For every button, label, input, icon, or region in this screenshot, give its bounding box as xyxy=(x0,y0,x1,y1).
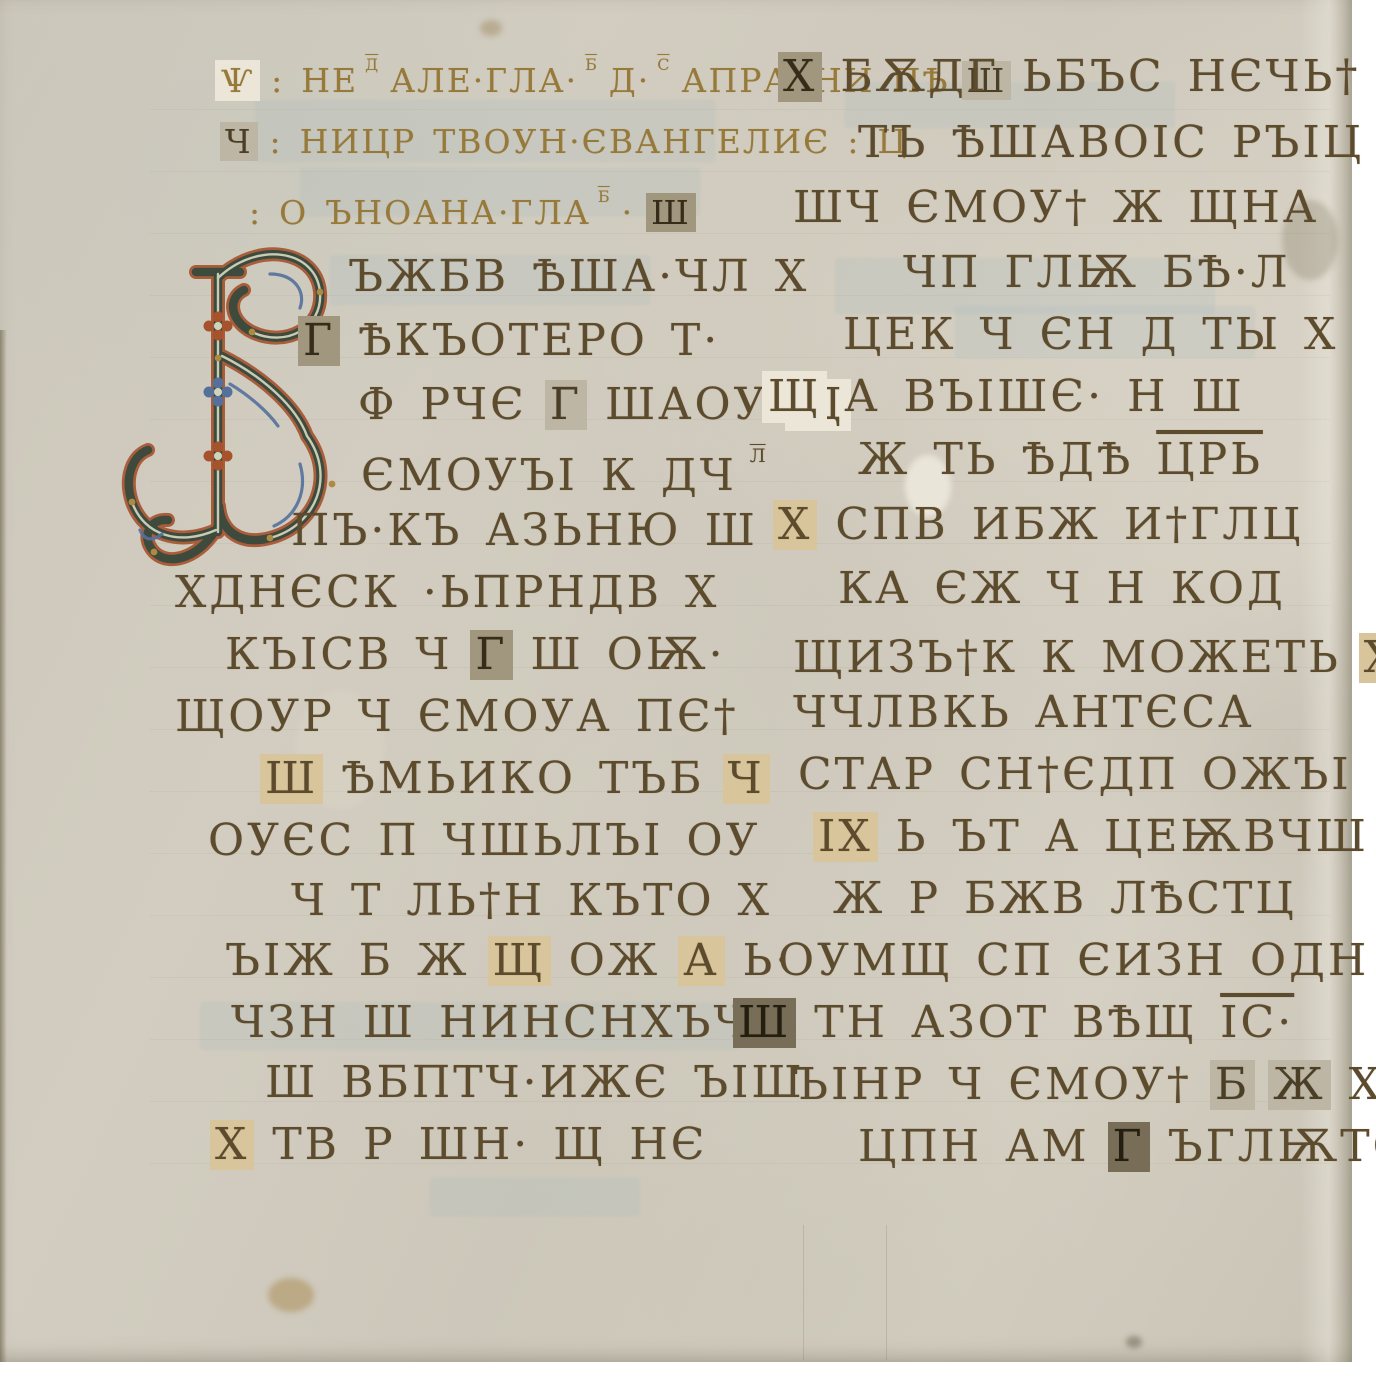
text-segment: АЗЬНЮ xyxy=(482,508,684,554)
text-segment: ѢКЪОТЕРО xyxy=(355,318,651,364)
text-line: :ОЪНОАНА·ГЛАБ·Ш xyxy=(246,188,705,230)
text-segment: СПВ xyxy=(832,502,951,548)
text-segment: ЦЕѬВЧШ xyxy=(1101,814,1372,860)
text-line: ЄМОУЪІКДЧЛ xyxy=(358,446,775,499)
text-segment: Г xyxy=(1110,1124,1148,1170)
text-segment: ГЛѬ xyxy=(1001,250,1142,296)
text-segment: Л xyxy=(747,446,769,467)
text-line: ШТНАЗОТВѢЩІС· xyxy=(735,1000,1314,1046)
text-segment: Р xyxy=(905,876,944,922)
text-segment: БѢ·Л xyxy=(1159,250,1294,296)
text-segment: ВЪІШЄ· xyxy=(901,374,1108,420)
text-line: ЧПГЛѬБѢ·Л xyxy=(900,250,1311,296)
text-segment: Ш xyxy=(262,1060,321,1106)
stain xyxy=(268,1278,314,1312)
text-segment: Ч xyxy=(355,694,398,740)
text-segment: ЄМОУ† xyxy=(1005,1062,1195,1108)
text-line: ЪЖБВѢША·ЧЛХ xyxy=(345,254,829,300)
text-segment: ОЖЪІ xyxy=(1199,752,1355,798)
stain xyxy=(1126,1336,1142,1348)
text-line: ЧЧЛВКЬАНТЄСА xyxy=(790,690,1274,736)
text-line: ГѢКЪОТЕРОТ· xyxy=(300,318,740,364)
text-line: ЩАВЪІШЄ·НШ xyxy=(765,374,1265,420)
text-segment: Д xyxy=(1138,312,1183,358)
text-line: СТАРСН†ЄДПОЖЪІ xyxy=(795,752,1372,798)
text-segment: ЪГЛѬТЄ xyxy=(1165,1124,1376,1170)
text-segment: Б xyxy=(595,188,613,206)
text-segment: ОДН xyxy=(1247,938,1372,984)
text-line: ЧТЛЬ†НКЪТОХ xyxy=(288,878,792,924)
text-segment: ІХ xyxy=(815,814,876,860)
ruling-vertical-line xyxy=(886,1225,887,1360)
ghost-band xyxy=(430,1178,640,1216)
text-segment: ЦЕК xyxy=(840,312,960,358)
text-segment: Ѱ xyxy=(218,63,257,98)
text-segment: Ш xyxy=(262,756,321,802)
text-segment: ЧП xyxy=(900,250,984,296)
text-segment: К xyxy=(598,453,641,499)
text-segment: Ф xyxy=(355,382,401,428)
text-segment: Ч xyxy=(725,756,768,802)
text-segment: : xyxy=(268,63,287,98)
text-segment: Г xyxy=(300,318,338,364)
text-segment: РЪІЦ xyxy=(1229,120,1367,166)
text-segment: КА xyxy=(835,566,914,612)
binding-edge-shadow xyxy=(0,330,7,1362)
text-segment: Ж xyxy=(1270,1062,1328,1108)
text-segment: НЄЧЬ† xyxy=(1185,54,1364,100)
text-segment: : xyxy=(246,195,265,230)
text-segment: А xyxy=(1042,814,1084,860)
text-segment: ШАОУ xyxy=(602,382,771,428)
text-line: Ч:НИЦРТВОУН·ЄВАНГЕЛИЄ:Ц xyxy=(222,124,922,159)
text-segment: А xyxy=(680,938,722,984)
text-segment: ЪІЖ xyxy=(222,938,339,984)
text-line: ІХЬЪТАЦЕѬВЧШ xyxy=(815,814,1376,860)
text-segment: ІС· xyxy=(1217,1000,1297,1046)
text-segment: Д· xyxy=(606,63,653,98)
text-segment: РЧЄ xyxy=(418,382,530,428)
text-segment: Ж xyxy=(414,938,472,984)
text-segment: ЬБЪС xyxy=(1019,54,1168,100)
text-line: ЩОУРЧЄМОУАПЄ† xyxy=(172,694,759,740)
text-line: ШЧЄМОУ†ЖЩНА xyxy=(790,185,1339,231)
text-segment: ЄМОУ† xyxy=(903,185,1093,231)
text-segment: Х xyxy=(1346,1062,1376,1108)
text-segment: ЧШЬЛЪІ xyxy=(440,818,667,864)
text-segment: ТВ xyxy=(269,1122,343,1168)
text-segment: Х xyxy=(212,1122,252,1168)
text-segment: КЪІСВ xyxy=(222,632,395,678)
text-segment: Т· xyxy=(668,318,723,364)
text-segment: ЪНОАНА·ГЛА xyxy=(322,195,594,230)
text-segment: Х xyxy=(1301,312,1341,358)
text-segment: ѢДѢ xyxy=(1018,437,1136,483)
text-segment: Ш xyxy=(1188,374,1247,420)
text-segment: ОЖ xyxy=(566,938,664,984)
text-segment: ПЪ·КЪ xyxy=(288,508,465,554)
text-segment: СН†ЄДП xyxy=(956,752,1182,798)
text-segment: Ш xyxy=(702,508,761,554)
text-segment: ЧЧЛВКЬ xyxy=(790,690,1015,736)
text-segment: Т xyxy=(348,878,386,924)
text-segment: НИЦР xyxy=(297,124,420,159)
text-segment: Ч xyxy=(1043,566,1086,612)
text-segment: Ш xyxy=(648,195,694,230)
text-segment: Г xyxy=(547,382,585,428)
text-segment: ОѬ· xyxy=(604,632,729,678)
text-segment: А xyxy=(841,374,883,420)
text-segment: КЪТО xyxy=(565,878,717,924)
text-segment: Ч xyxy=(977,312,1020,358)
text-segment: АЛЕ·ГЛА· xyxy=(387,63,581,98)
text-segment: АНТЄСА xyxy=(1032,690,1258,736)
text-segment: ОУ xyxy=(684,818,764,864)
text-segment: ВБПТЧ·ИЖЄ xyxy=(338,1060,673,1106)
text-segment: ШЧ xyxy=(790,185,886,231)
text-segment: НЄ xyxy=(626,1122,710,1168)
text-segment: Х xyxy=(735,878,775,924)
text-line: ЦПНАМГЪГЛѬТЄ xyxy=(855,1124,1376,1170)
text-segment: Ь xyxy=(893,814,932,860)
text-segment: ѢШАВОІС xyxy=(948,120,1212,166)
text-segment: ЛѢСТЦ xyxy=(1107,876,1300,922)
text-line: ОУМЩСПЄИЗНОДН xyxy=(775,938,1376,984)
text-segment: Ж xyxy=(1110,185,1168,231)
text-segment: Щ xyxy=(765,374,824,420)
text-segment: ЄЖ xyxy=(931,566,1026,612)
text-line: ЩИЗЪ†ККМОЖЕТЬХТ xyxy=(790,628,1376,681)
text-line: ШѢМЬИКОТЪБЧ xyxy=(262,756,785,802)
text-segment: · xyxy=(619,195,638,230)
text-segment: О xyxy=(276,195,311,230)
text-line: ЖТЬѢДѢЦРЬ xyxy=(855,437,1283,483)
text-line: ШВБПТЧ·ИЖЄЪІШ xyxy=(262,1060,825,1106)
text-line: КЪІСВЧГШОѬ· xyxy=(222,632,746,678)
text-segment: ЄМОУА xyxy=(415,694,616,740)
text-segment: Б xyxy=(582,56,600,74)
text-segment: И†ГЛЦ xyxy=(1121,502,1307,548)
text-segment: Б xyxy=(1212,1062,1253,1108)
text-segment: ОУМЩ xyxy=(775,938,956,984)
text-segment: ЄМОУЪІ xyxy=(358,453,581,499)
text-segment: Б xyxy=(356,938,397,984)
text-line: ЧЗНШНИНСНХЪЧ xyxy=(228,1000,770,1046)
text-segment: Щ xyxy=(490,938,549,984)
text-line: ХСПВИБЖИ†ГЛЦ xyxy=(775,502,1323,548)
text-segment: ЦПН xyxy=(855,1124,985,1170)
text-line: ОУЄСПЧШЬЛЪІОУ xyxy=(205,818,780,864)
text-segment: Ж xyxy=(855,437,913,483)
text-segment: ЄН xyxy=(1037,312,1121,358)
text-segment: ТЪБ xyxy=(596,756,708,802)
text-line: ХБѪДГЬБЪСНЄЧЬ† xyxy=(780,54,1376,100)
text-segment: С xyxy=(654,56,672,74)
text-line: ЪІЖБЖЩОЖАЬ· xyxy=(222,938,812,984)
text-segment: ВѢЩ xyxy=(1069,1000,1200,1046)
text-segment: ЪЖБВ xyxy=(345,254,512,300)
text-segment: НИНСНХЪЧ xyxy=(436,1000,753,1046)
text-segment: ЪІНР xyxy=(790,1062,928,1108)
text-segment: Х xyxy=(775,502,815,548)
text-segment: ОУЄС xyxy=(205,818,358,864)
text-segment: Ш xyxy=(528,632,587,678)
text-segment: ШН· xyxy=(416,1122,534,1168)
text-segment: П xyxy=(375,818,422,864)
text-segment: ѢША·ЧЛ xyxy=(529,254,755,300)
text-segment: Ч xyxy=(222,124,256,159)
text-line: КАЄЖЧНКОД xyxy=(835,566,1306,612)
text-segment: МОЖЕТЬ xyxy=(1098,635,1344,681)
text-segment: ЄИЗН xyxy=(1074,938,1230,984)
text-segment: Ш xyxy=(360,1000,419,1046)
text-segment: ХДНЄСК xyxy=(172,570,403,616)
text-segment: Ж xyxy=(830,876,888,922)
text-segment: Н xyxy=(1124,374,1171,420)
text-segment: НЕ xyxy=(298,63,361,98)
manuscript-scan: Ѱ:НЕДАЛЕ·ГЛА·БД·САПРАЗНИПѢШЧ:НИЦРТВОУН·Є… xyxy=(0,0,1376,1376)
text-segment: ѢМЬИКО xyxy=(338,756,579,802)
text-line: ТЪѢШАВОІСРЪІЦ xyxy=(855,120,1376,166)
text-segment: Ч xyxy=(288,878,331,924)
manuscript-page: Ѱ:НЕДАЛЕ·ГЛА·БД·САПРАЗНИПѢШЧ:НИЦРТВОУН·Є… xyxy=(0,0,1352,1362)
text-segment: Щ xyxy=(550,1122,609,1168)
text-segment: ЩОУР xyxy=(172,694,338,740)
text-segment: БѪДГ xyxy=(837,54,1002,100)
text-line: ЦЕКЧЄНДТЫХ xyxy=(840,312,1358,358)
text-segment: ТВОУН·ЄВАНГЕЛИЄ xyxy=(430,124,833,159)
text-segment: Х xyxy=(682,570,722,616)
text-line: ХДНЄСК·ЬПРНДВХ xyxy=(172,570,739,616)
text-segment: ТЬ xyxy=(930,437,1001,483)
text-segment: К xyxy=(1038,635,1081,681)
text-line: ЪІНРЧЄМОУ†БЖХ xyxy=(790,1062,1376,1108)
text-segment: БЖВ xyxy=(961,876,1090,922)
text-segment: Х xyxy=(772,254,812,300)
stain xyxy=(480,20,502,36)
text-line: ХТВРШН·ЩНЄ xyxy=(212,1122,727,1168)
text-segment: ЧЗН xyxy=(228,1000,343,1046)
text-segment: Ш xyxy=(735,1000,794,1046)
text-segment: ЛЬ†Н xyxy=(403,878,548,924)
text-segment: АЗОТ xyxy=(908,1000,1052,1046)
text-segment: Х xyxy=(1361,635,1376,681)
text-line: ПЪ·КЪАЗЬНЮШ xyxy=(288,508,778,554)
text-segment: ПЄ† xyxy=(633,694,742,740)
text-segment: ТЫ xyxy=(1199,312,1284,358)
text-segment: ЦРЬ xyxy=(1153,437,1266,483)
text-segment: СП xyxy=(973,938,1057,984)
text-segment: ЪТ xyxy=(948,814,1024,860)
text-segment: Ч xyxy=(412,632,455,678)
text-segment: ЩНА xyxy=(1185,185,1322,231)
text-segment: Н xyxy=(1104,566,1151,612)
ruling-vertical-line xyxy=(803,1225,804,1360)
text-segment: КОД xyxy=(1168,566,1289,612)
text-segment: ТН xyxy=(811,1000,891,1046)
text-line: ЖРБЖВЛѢСТЦ xyxy=(830,876,1317,922)
text-segment: Д xyxy=(362,56,381,74)
text-segment: ДЧ xyxy=(658,453,740,499)
text-segment: Х xyxy=(780,54,820,100)
text-segment: ТЪ xyxy=(855,120,931,166)
text-segment: ЩИЗЪ†К xyxy=(790,635,1021,681)
text-segment: Г xyxy=(472,632,510,678)
text-segment: ·ЬПРНДВ xyxy=(420,570,665,616)
text-segment: СТАР xyxy=(795,752,939,798)
text-segment: ИБЖ xyxy=(969,502,1104,548)
text-segment: АМ xyxy=(1002,1124,1092,1170)
text-segment: Р xyxy=(360,1122,399,1168)
text-segment: Ч xyxy=(945,1062,988,1108)
text-segment: : xyxy=(267,124,286,159)
